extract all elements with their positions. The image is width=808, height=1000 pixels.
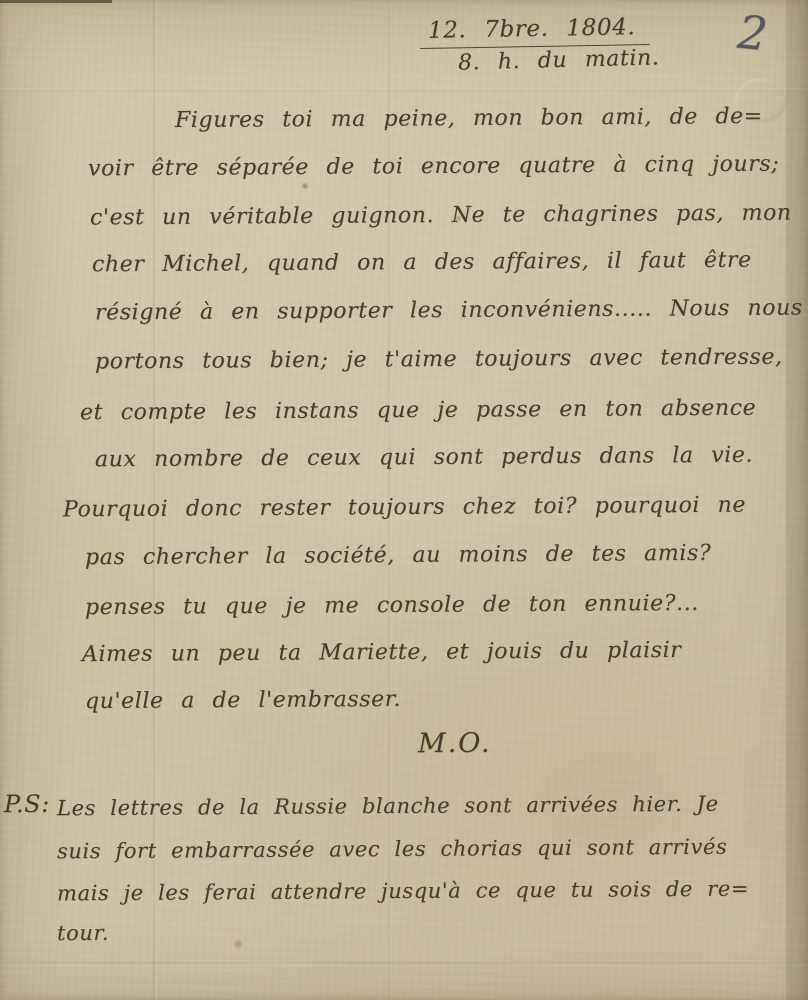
stain-spot-upper [301, 182, 309, 190]
date-line: 12. 7bre. 1804. [420, 14, 650, 49]
signature: M.O. [418, 728, 492, 760]
letter-line: qu'elle a de l'embrasser. [85, 687, 401, 714]
letter-line: aux nombre de ceux qui sont perdus dans … [95, 443, 753, 473]
ps-line: mais je les ferai attendre jusqu'à ce qu… [57, 877, 749, 906]
fold-crease-vertical-right-edge [786, 0, 808, 1000]
ps-line: Les lettres de la Russie blanche sont ar… [57, 792, 719, 821]
fold-crease-horizontal-bottom [0, 962, 808, 966]
paper-edge-shadow [0, 0, 112, 3]
letter-line: Pourquoi donc rester toujours chez toi? … [63, 493, 746, 523]
letter-line: résigné à en supporter les inconvéniens.… [95, 296, 803, 326]
letter-line: Aimes un peu ta Mariette, et jouis du pl… [82, 638, 681, 667]
letter-line: pas chercher la société, au moins de tes… [85, 541, 711, 570]
fold-crease-horizontal-top [0, 88, 808, 92]
letter-line: penses tu que je me console de ton ennui… [85, 591, 699, 620]
stain-spot-bottom [232, 939, 244, 949]
letter-line: Figures toi ma peine, mon bon ami, de de… [175, 104, 763, 133]
ps-line: suis fort embarrassée avec les chorias q… [57, 835, 727, 864]
letter-line: et compte les instans que je passe en to… [80, 396, 756, 426]
ps-line: tour. [57, 921, 109, 945]
letter-scan-page: 12. 7bre. 1804. 8. h. du matin. 2 Figure… [0, 0, 808, 1000]
letter-line: cher Michel, quand on a des affaires, il… [92, 248, 752, 278]
letter-line: portons tous bien; je t'aime toujours av… [95, 345, 783, 375]
letter-line: voir être séparée de toi encore quatre à… [88, 152, 779, 182]
ps-label: P.S: [4, 790, 50, 818]
letter-line: c'est un véritable guignon. Ne te chagri… [90, 201, 792, 231]
pencil-page-number: 2 [735, 5, 770, 62]
time-line: 8. h. du matin. [458, 45, 660, 75]
